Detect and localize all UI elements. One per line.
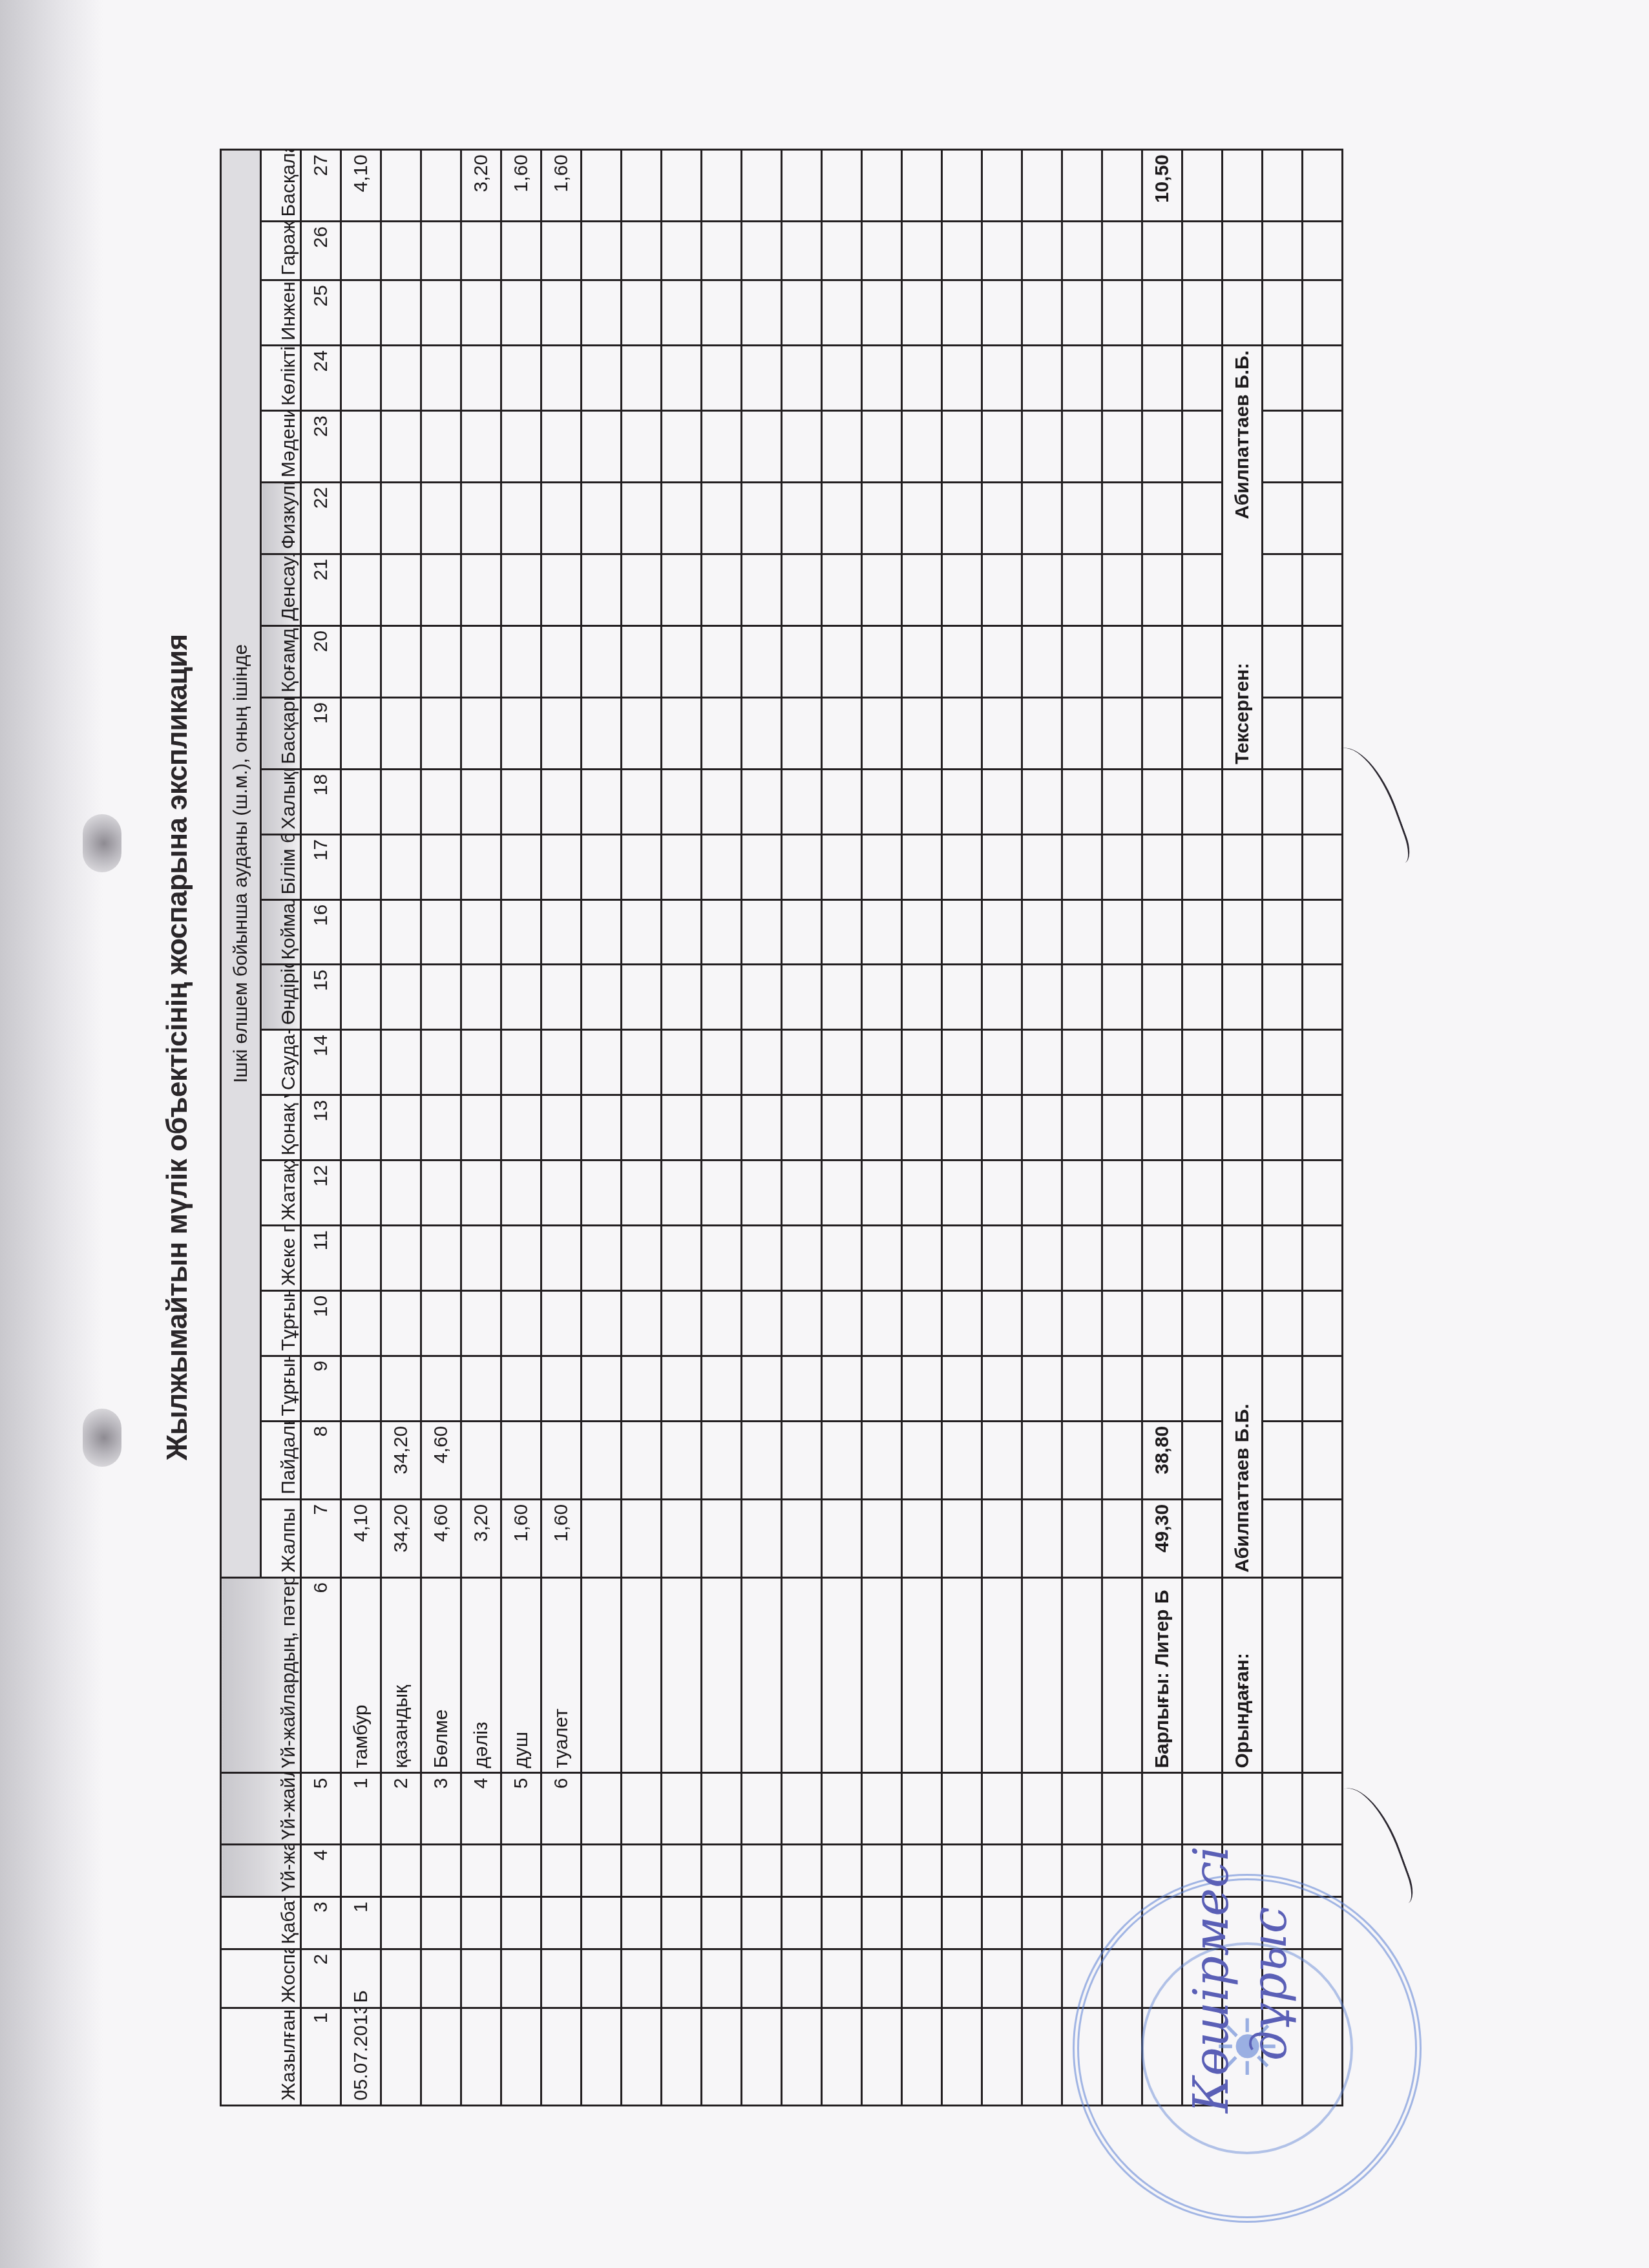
table-cell <box>702 1226 742 1291</box>
table-cell <box>582 1897 622 1949</box>
table-cell <box>702 1356 742 1421</box>
table-cell <box>1062 1160 1102 1226</box>
table-cell <box>822 2008 862 2105</box>
column-header-label: Жазылған күні <box>278 2008 300 2101</box>
table-cell <box>782 2008 822 2105</box>
table-cell <box>1022 150 1062 222</box>
table-cell <box>622 1290 662 1356</box>
table-cell <box>622 899 662 965</box>
table-cell <box>1102 625 1142 697</box>
column-header-label: Физкультура-спорттық <box>278 482 300 549</box>
column-header-label: Инженерлік желілер мекемелері <box>278 280 300 341</box>
table-cell <box>622 769 662 834</box>
table-cell <box>541 899 582 965</box>
table-cell <box>942 697 982 769</box>
column-header-15: Өндірістік-өнеркәсіптік ғимараттар <box>261 965 301 1030</box>
other-area-cell: 4,10 <box>341 150 381 222</box>
table-cell <box>622 1421 662 1499</box>
column-number: 20 <box>301 625 341 697</box>
column-number: 5 <box>301 1773 341 1845</box>
table-cell <box>742 1845 782 1897</box>
table-cell <box>381 625 421 697</box>
table-cell <box>582 1160 622 1226</box>
column-header-3: Қабаты <box>221 1897 301 1949</box>
table-cell <box>662 410 702 482</box>
column-header-label: Үй-жайлардың, пәтерлердің бөліктерінің м… <box>278 1577 300 1768</box>
table-cell <box>341 834 381 899</box>
table-cell <box>982 150 1022 222</box>
table-cell <box>902 280 942 346</box>
table-cell <box>702 280 742 346</box>
table-cell <box>1142 554 1182 625</box>
table-cell <box>782 410 822 482</box>
table-cell <box>742 1949 782 2008</box>
table-cell <box>902 222 942 280</box>
table-cell <box>782 1226 822 1291</box>
table-cell <box>622 697 662 769</box>
liter-cell <box>381 1949 421 2008</box>
table-row: 6туалет1,601,60 <box>541 150 582 2106</box>
column-number: 8 <box>301 1421 341 1499</box>
table-cell <box>622 1949 662 2008</box>
table-cell <box>1263 1773 1303 1845</box>
part-number-cell: 4 <box>461 1773 501 1845</box>
table-cell <box>1022 1095 1062 1160</box>
table-cell <box>1182 1499 1223 1577</box>
table-cell <box>782 769 822 834</box>
table-cell <box>1102 410 1142 482</box>
table-cell <box>662 1421 702 1499</box>
table-cell <box>782 1160 822 1226</box>
table-cell <box>782 697 822 769</box>
table-row: 2қазандық34,2034,20 <box>381 150 421 2106</box>
table-cell <box>742 554 782 625</box>
table-cell <box>582 410 622 482</box>
table-cell <box>662 1160 702 1226</box>
table-cell <box>1102 965 1142 1030</box>
table-cell <box>702 769 742 834</box>
table-cell <box>1022 1499 1062 1577</box>
table-cell <box>1182 769 1223 834</box>
part-number-cell: 1 <box>341 1773 381 1845</box>
table-cell <box>582 1949 622 2008</box>
table-row <box>1062 150 1102 2106</box>
table-cell <box>381 410 421 482</box>
table-cell <box>1022 222 1062 280</box>
table-cell <box>1182 482 1223 554</box>
table-cell <box>742 697 782 769</box>
table-cell <box>662 1577 702 1773</box>
table-cell <box>782 1897 822 1949</box>
table-cell <box>902 1773 942 1845</box>
column-number: 18 <box>301 769 341 834</box>
column-header-label: Қоғамдық тамақтандыру кәсіпорындары <box>278 625 300 692</box>
table-cell <box>702 346 742 411</box>
table-cell <box>341 965 381 1030</box>
table-cell <box>1182 1030 1223 1095</box>
table-cell <box>942 280 982 346</box>
room-number-cell <box>341 1845 381 1897</box>
table-cell <box>902 2008 942 2105</box>
table-cell <box>902 965 942 1030</box>
table-cell <box>461 1226 501 1291</box>
table-cell <box>702 1290 742 1356</box>
table-cell <box>541 1030 582 1095</box>
column-number: 11 <box>301 1226 341 1291</box>
table-row: 05.07.2013Б11тамбур4,104,10 <box>341 150 381 2106</box>
table-cell <box>1102 1773 1142 1845</box>
table-cell <box>541 222 582 280</box>
table-cell <box>702 1030 742 1095</box>
table-cell <box>1263 834 1303 899</box>
table-cell <box>622 1845 662 1897</box>
table-cell <box>501 410 541 482</box>
purpose-cell: қазандық <box>381 1577 421 1773</box>
table-cell <box>862 1095 902 1160</box>
table-cell <box>742 1897 782 1949</box>
table-cell <box>1182 1226 1223 1291</box>
column-number: 16 <box>301 899 341 965</box>
table-cell <box>822 769 862 834</box>
date-cell <box>461 2008 501 2105</box>
table-cell <box>582 1499 622 1577</box>
table-cell <box>1102 346 1142 411</box>
handwritten-line-1: Көшірмесі <box>1182 1854 1241 2113</box>
table-cell <box>1062 1499 1102 1577</box>
table-cell <box>662 1226 702 1291</box>
table-cell <box>1263 1577 1303 1773</box>
table-cell <box>782 1577 822 1773</box>
table-cell <box>1062 280 1102 346</box>
column-header-label: Жеке пәтерлерде <box>278 1226 300 1286</box>
table-cell <box>421 346 461 411</box>
table-cell <box>1303 554 1343 625</box>
table-cell <box>501 625 541 697</box>
table-cell <box>582 482 622 554</box>
column-header-4: Үй-жайлардың, бөлмелердің бөліктерінің н… <box>221 1845 301 1897</box>
other-area-cell <box>381 150 421 222</box>
table-cell <box>1303 1577 1343 1773</box>
table-cell <box>662 1356 702 1421</box>
table-cell <box>742 482 782 554</box>
table-cell <box>1062 697 1102 769</box>
table-cell <box>702 965 742 1030</box>
table-cell <box>1062 554 1102 625</box>
room-number-cell <box>541 1845 582 1897</box>
table-cell <box>902 834 942 899</box>
table-row: 3Бөлме4,604,60 <box>421 150 461 2106</box>
table-cell <box>942 625 982 697</box>
useful-area-cell <box>461 1421 501 1499</box>
table-cell <box>501 1290 541 1356</box>
table-cell <box>1102 1356 1142 1421</box>
table-cell <box>902 1845 942 1897</box>
column-number: 15 <box>301 965 341 1030</box>
table-cell <box>942 1577 982 1773</box>
table-cell <box>902 697 942 769</box>
table-cell <box>341 410 381 482</box>
table-cell <box>1102 554 1142 625</box>
column-number: 14 <box>301 1030 341 1095</box>
table-cell <box>582 346 622 411</box>
table-cell <box>662 346 702 411</box>
table-cell <box>902 1949 942 2008</box>
table-cell <box>662 965 702 1030</box>
table-cell <box>341 625 381 697</box>
table-cell <box>341 1160 381 1226</box>
table-cell <box>421 1290 461 1356</box>
column-number: 22 <box>301 482 341 554</box>
table-cell <box>782 1949 822 2008</box>
column-header-26: Гараждар <box>261 222 301 280</box>
table-cell <box>1263 150 1303 222</box>
table-cell <box>461 280 501 346</box>
column-header-label: Халыққа тұрмыстық қызмет көрсету <box>278 769 300 829</box>
table-cell <box>702 554 742 625</box>
table-cell <box>742 1773 782 1845</box>
other-area-cell: 3,20 <box>461 150 501 222</box>
table-cell <box>702 222 742 280</box>
table-cell <box>341 1226 381 1291</box>
table-cell <box>862 1897 902 1949</box>
table-cell <box>662 1030 702 1095</box>
table-cell <box>622 1095 662 1160</box>
column-header-22: Физкультура-спорттық <box>261 482 301 554</box>
table-cell <box>982 554 1022 625</box>
table-cell <box>622 1499 662 1577</box>
table-cell <box>742 346 782 411</box>
column-header-10: Тұрғын емес <box>261 1290 301 1356</box>
table-cell <box>1182 410 1223 482</box>
column-header-label: Үй-жайлардың, пәтерлердің бөліктерінің н… <box>278 1773 300 1840</box>
table-cell <box>902 150 942 222</box>
table-cell <box>461 1160 501 1226</box>
table-cell <box>622 554 662 625</box>
table-cell <box>782 1421 822 1499</box>
table-cell <box>742 834 782 899</box>
table-cell <box>982 1897 1022 1949</box>
table-cell <box>702 899 742 965</box>
table-cell <box>982 1095 1022 1160</box>
table-cell <box>702 1949 742 2008</box>
table-cell <box>1062 222 1102 280</box>
table-cell <box>1263 280 1303 346</box>
table-cell <box>1303 410 1343 482</box>
total-area-cell: 4,10 <box>341 1499 381 1577</box>
part-number-cell: 3 <box>421 1773 461 1845</box>
column-header-12: Жатақханаларда <box>261 1160 301 1226</box>
table-cell <box>541 834 582 899</box>
table-cell <box>1022 280 1062 346</box>
column-header-23: Мәдениет және өнер мекемелері <box>261 410 301 482</box>
table-cell <box>1142 697 1182 769</box>
table-cell <box>582 697 622 769</box>
table-cell <box>1102 1421 1142 1499</box>
table-cell <box>622 1030 662 1095</box>
useful-area-cell <box>501 1421 541 1499</box>
table-cell <box>1142 280 1182 346</box>
table-cell <box>421 1356 461 1421</box>
column-header-label: Үй-жайлардың, бөлмелердің бөліктерінің н… <box>278 1845 300 1892</box>
table-cell <box>742 625 782 697</box>
table-cell <box>381 554 421 625</box>
purpose-cell: туалет <box>541 1577 582 1773</box>
table-cell <box>902 625 942 697</box>
table-cell <box>622 1226 662 1291</box>
table-cell <box>461 965 501 1030</box>
column-header-21: Денсаулық сақтау, емдеу мекемелері <box>261 554 301 625</box>
table-cell <box>942 1290 982 1356</box>
table-cell <box>1022 965 1062 1030</box>
table-cell <box>982 222 1022 280</box>
table-cell <box>822 834 862 899</box>
liter-cell: Б <box>341 1949 381 2008</box>
table-cell <box>582 1290 622 1356</box>
table-cell <box>942 1499 982 1577</box>
table-cell <box>782 222 822 280</box>
table-cell <box>702 482 742 554</box>
table-cell <box>1022 1160 1062 1226</box>
table-cell <box>862 482 902 554</box>
table-cell <box>782 834 822 899</box>
table-cell <box>1142 1290 1182 1356</box>
column-number: 3 <box>301 1897 341 1949</box>
table-cell <box>1263 1030 1303 1095</box>
column-header-20: Қоғамдық тамақтандыру кәсіпорындары <box>261 625 301 697</box>
table-cell <box>902 1030 942 1095</box>
table-cell <box>501 769 541 834</box>
area-group-header: Ішкі өлшем бойынша ауданы (ш.м.), оның і… <box>221 150 261 1578</box>
table-cell <box>1022 1845 1062 1897</box>
table-cell <box>822 410 862 482</box>
table-cell <box>982 697 1022 769</box>
table-cell <box>982 1949 1022 2008</box>
table-cell <box>1022 1577 1062 1773</box>
column-number: 19 <box>301 697 341 769</box>
table-cell <box>1182 1356 1223 1421</box>
explication-sheet: Жылжымайтын мүлік объектісінің жоспарына… <box>162 149 1447 2106</box>
table-cell <box>622 1897 662 1949</box>
table-cell <box>381 1030 421 1095</box>
explication-table: Жазылған күніЖоспар бойынша литерҚабатыҮ… <box>220 149 1343 2106</box>
table-cell <box>582 280 622 346</box>
table-cell <box>461 697 501 769</box>
table-cell <box>461 834 501 899</box>
table-cell <box>541 1160 582 1226</box>
table-cell <box>1022 1897 1062 1949</box>
liter-cell <box>461 1949 501 2008</box>
table-cell <box>862 625 902 697</box>
column-number: 1 <box>301 2008 341 2105</box>
table-cell <box>822 222 862 280</box>
table-cell <box>1223 1290 1263 1356</box>
column-header-label: Пайдалы <box>278 1421 300 1495</box>
table-cell <box>1303 280 1343 346</box>
table-cell <box>622 1773 662 1845</box>
table-cell <box>1263 1499 1303 1577</box>
table-cell <box>541 346 582 411</box>
table-cell <box>862 410 902 482</box>
table-cell <box>582 554 622 625</box>
total-area-cell: 1,60 <box>541 1499 582 1577</box>
table-cell <box>822 280 862 346</box>
table-cell <box>902 482 942 554</box>
table-cell <box>862 2008 902 2105</box>
table-cell <box>902 1226 942 1291</box>
column-header-11: Жеке пәтерлерде <box>261 1226 301 1291</box>
table-cell <box>782 280 822 346</box>
table-cell <box>501 222 541 280</box>
table-row: 5душ1,601,60 <box>501 150 541 2106</box>
table-cell <box>822 1845 862 1897</box>
table-cell <box>1223 280 1263 346</box>
table-cell <box>782 1290 822 1356</box>
table-cell <box>421 965 461 1030</box>
table-cell <box>381 697 421 769</box>
table-cell <box>582 1226 622 1291</box>
table-cell <box>1062 1356 1102 1421</box>
table-cell <box>1303 834 1343 899</box>
table-cell <box>461 554 501 625</box>
column-header-9: Тұрғын <box>261 1356 301 1421</box>
table-cell <box>782 346 822 411</box>
table-cell <box>862 697 902 769</box>
table-cell <box>582 834 622 899</box>
table-cell <box>1022 2008 1062 2105</box>
table-cell <box>421 1095 461 1160</box>
table-cell <box>1223 1030 1263 1095</box>
table-cell <box>421 410 461 482</box>
table-cell <box>782 899 822 965</box>
table-cell <box>1102 899 1142 965</box>
table-cell <box>1102 1226 1142 1291</box>
table-cell <box>1062 1897 1102 1949</box>
table-cell <box>1263 1226 1303 1291</box>
table-row <box>1022 150 1062 2106</box>
table-cell <box>541 625 582 697</box>
room-number-cell <box>381 1845 421 1897</box>
table-cell <box>942 482 982 554</box>
table-cell <box>982 280 1022 346</box>
table-cell <box>1022 346 1062 411</box>
table-cell <box>461 625 501 697</box>
table-cell <box>702 1160 742 1226</box>
table-cell <box>1303 1095 1343 1160</box>
column-number: 13 <box>301 1095 341 1160</box>
table-cell <box>461 1095 501 1160</box>
column-header-label: Қонақ үйлерде <box>278 1095 300 1155</box>
table-cell <box>822 1030 862 1095</box>
table-cell <box>622 346 662 411</box>
table-cell <box>702 1773 742 1845</box>
table-cell <box>1102 280 1142 346</box>
table-cell <box>501 1226 541 1291</box>
column-number: 7 <box>301 1499 341 1577</box>
table-cell <box>421 1160 461 1226</box>
table-cell <box>622 1160 662 1226</box>
table-cell <box>501 554 541 625</box>
table-cell <box>1263 899 1303 965</box>
table-cell <box>862 1421 902 1499</box>
table-cell <box>942 1949 982 2008</box>
room-number-cell <box>461 1845 501 1897</box>
table-cell <box>1142 965 1182 1030</box>
table-cell <box>862 554 902 625</box>
table-cell <box>662 1773 702 1845</box>
table-cell <box>1022 1030 1062 1095</box>
table-cell <box>662 2008 702 2105</box>
table-cell <box>742 1577 782 1773</box>
